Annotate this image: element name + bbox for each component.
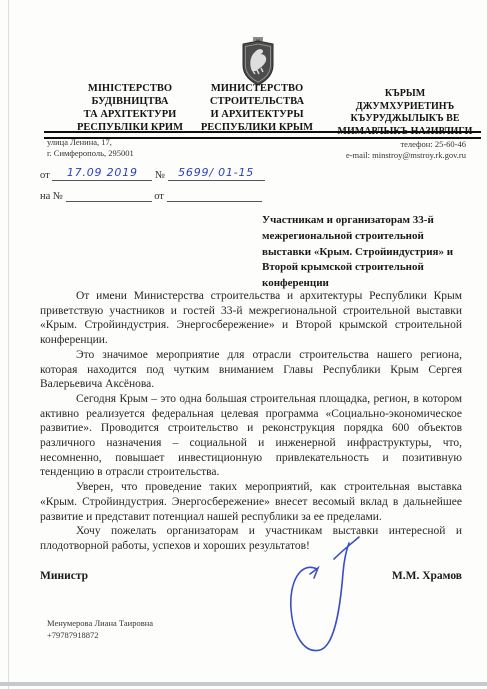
body-paragraph: Это значимое мероприятие для отрасли стр… [40,348,462,392]
org-line: И АРХИТЕКТУРЫ [193,108,321,121]
executor-name: Менумерова Лиана Таировна [47,618,153,630]
incoming-reference-row: на № от [40,188,262,202]
address-street: улица Ленина, 17, [47,137,134,148]
org-line: КЪУРУДЖЫЛЫКЪ ВЕ [329,113,481,126]
org-line: МІНІСТЕРСТВО [50,82,210,95]
recipient-block: Участникам и организаторам 33-й межрегио… [262,213,468,292]
outgoing-reference-row: от 17.09 2019 № 5699/ 01-15 [40,167,265,181]
number-blank: 5699/ 01-15 [168,167,265,181]
executor-block: Менумерова Лиана Таировна +79787918872 [47,618,153,641]
scan-edge-line [8,0,9,689]
number-label: № [155,170,165,181]
reply-date-blank [167,188,262,202]
body-paragraph: Сегодня Крым – это одна большая строител… [40,392,462,480]
org-line: КЪРЫМ [329,88,481,101]
org-line: ДЖУМХУРИЕТИНЪ [329,101,481,114]
signer-name: М.М. Храмов [392,570,462,582]
handwritten-signature [272,531,372,665]
contact-info: телефон: 25-60-46 e-mail: minstroy@mstro… [346,139,466,161]
body-paragraph: От имени Министерства строительства и ар… [40,289,462,348]
recipient-line: выставки «Крым. Стройиндустрия» и [262,245,468,261]
reply-label: на № [40,191,63,202]
from-label: от [40,170,50,181]
body-paragraph: Уверен, что проведение таких мероприятий… [40,480,462,524]
org-name-ukrainian: МІНІСТЕРСТВО БУДІВНИЦТВА ТА АРХІТЕКТУРИ … [50,82,210,134]
org-name-russian: МИНИСТЕРСТВО СТРОИТЕЛЬСТВА И АРХИТЕКТУРЫ… [193,82,321,134]
address-city: г. Симферополь, 295001 [47,148,134,159]
reply-number-blank [66,188,152,202]
org-line: МИНИСТЕРСТВО [193,82,321,95]
phone-number: телефон: 25-60-46 [346,139,466,150]
date-blank: 17.09 2019 [52,167,152,181]
postal-address: улица Ленина, 17, г. Симферополь, 295001 [47,137,134,159]
email-address: e-mail: minstroy@mstroy.rk.gov.ru [346,150,466,161]
recipient-line: Участникам и организаторам 33-й [262,213,468,229]
executor-phone: +79787918872 [47,630,153,642]
recipient-line: Второй крымской строительной [262,260,468,276]
body-paragraph: Хочу пожелать организаторам и участникам… [40,524,462,553]
org-line: БУДІВНИЦТВА [50,95,210,108]
org-line: СТРОИТЕЛЬСТВА [193,95,321,108]
org-line: ТА АРХІТЕКТУРИ [50,108,210,121]
recipient-line: межрегиональной строительной [262,229,468,245]
signer-position: Министр [40,570,88,582]
scan-edge-line-bottom [0,682,487,686]
crimea-coat-of-arms-icon [240,37,276,87]
handwritten-number: 5699/ 01-15 [178,166,254,179]
signature-row: Министр М.М. Храмов [40,570,462,582]
handwritten-date: 17.09 2019 [67,166,138,179]
letter-body: От имени Министерства строительства и ар… [40,289,462,554]
scanned-letter-page: МІНІСТЕРСТВО БУДІВНИЦТВА ТА АРХІТЕКТУРИ … [0,0,487,689]
reply-from-label: от [154,191,164,202]
